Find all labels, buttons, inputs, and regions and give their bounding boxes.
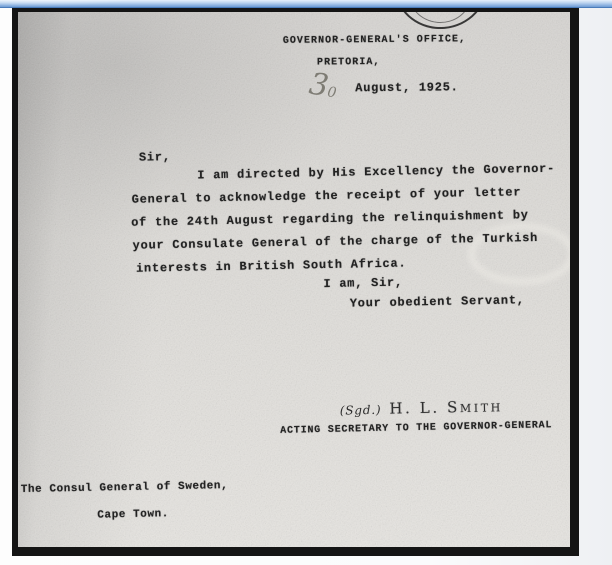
titlebar-gloss-highlight xyxy=(0,0,220,8)
letter-page: GOVERNOR-GENERAL'S OFFICE, PRETORIA, 30 … xyxy=(18,12,570,547)
window-title-bar xyxy=(0,0,612,8)
addressee-line-1: The Consul General of Sweden, xyxy=(21,480,229,496)
addressee-line-2: Cape Town. xyxy=(97,508,169,521)
scanned-letter-photo: GOVERNOR-GENERAL'S OFFICE, PRETORIA, 30 … xyxy=(12,8,579,556)
addressee-block: The Consul General of Sweden, Cape Town. xyxy=(12,8,571,549)
